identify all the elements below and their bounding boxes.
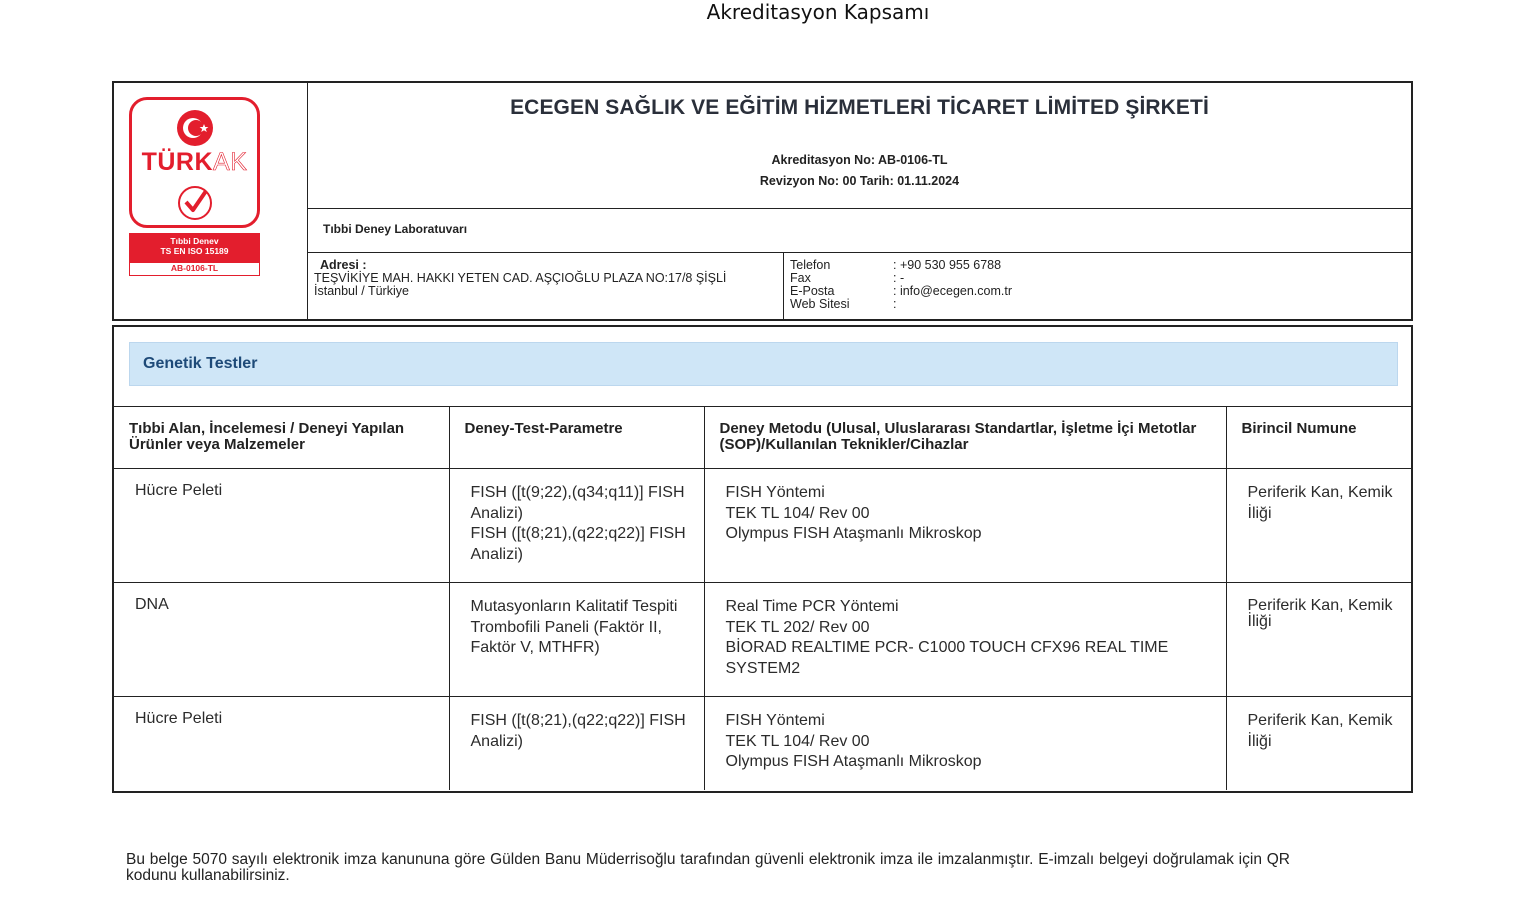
method-line: FISH Yöntemi: [726, 483, 1214, 504]
lab-cell: Tıbbi Deney Laboratuvarı: [308, 209, 1411, 253]
cell-material: Hücre Peleti: [114, 469, 449, 583]
contact-value: : -: [893, 271, 904, 285]
accreditation-number: Akreditasyon No: AB-0106-TL: [308, 153, 1411, 167]
logo-brand-accent: AK: [213, 148, 247, 176]
method-line: TEK TL 104/ Rev 00: [726, 732, 1214, 753]
company-name: ECEGEN SAĞLIK VE EĞİTİM HİZMETLERİ TİCAR…: [308, 96, 1411, 120]
page-title: Akreditasyon Kapsamı: [0, 0, 1521, 24]
e-signature-notice: Bu belge 5070 sayılı elektronik imza kan…: [126, 852, 1290, 884]
cell-parameters: Mutasyonların Kalitatif Tespiti Trombofi…: [449, 583, 704, 697]
title-cell: ECEGEN SAĞLIK VE EĞİTİM HİZMETLERİ TİCAR…: [308, 83, 1411, 209]
address-label: Adresi :: [320, 258, 367, 272]
parameter-line: FISH ([t(8;21),(q22;q22)] FISH Analizi): [471, 524, 692, 565]
logo-accreditation-code: AB-0106-TL: [129, 262, 260, 276]
parameter-line: FISH ([t(8;21),(q22;q22)] FISH Analizi): [471, 711, 692, 752]
scope-table: Tıbbi Alan, İncelemesi / Deneyi Yapılan …: [114, 406, 1411, 790]
crescent-star-icon: [175, 108, 215, 148]
logo-cell: TÜRKAK Tıbbi Denev TS EN ISO 15189 AB-01…: [114, 83, 308, 319]
cell-parameters: FISH ([t(9;22),(q34;q11)] FISH Analizi) …: [449, 469, 704, 583]
contact-cell: Telefon: +90 530 955 6788 Fax: - E-Posta…: [784, 253, 1411, 319]
logo-band-line2: TS EN ISO 15189: [129, 246, 260, 256]
table-row: DNA Mutasyonların Kalitatif Tespiti Trom…: [114, 583, 1411, 697]
cell-parameters: FISH ([t(8;21),(q22;q22)] FISH Analizi): [449, 697, 704, 790]
section-title: Genetik Testler: [143, 355, 257, 373]
cell-sample: Periferik Kan, Kemik İliği: [1226, 583, 1411, 697]
contact-website: Web Sitesi:: [790, 298, 896, 311]
scope-box: Genetik Testler Tıbbi Alan, İncelemesi /…: [112, 325, 1413, 793]
logo-brand-main: TÜRK: [142, 148, 213, 176]
cell-material: DNA: [114, 583, 449, 697]
accreditation-header: TÜRKAK Tıbbi Denev TS EN ISO 15189 AB-01…: [112, 81, 1413, 321]
method-line: TEK TL 104/ Rev 00: [726, 504, 1214, 525]
table-row: Hücre Peleti FISH ([t(8;21),(q22;q22)] F…: [114, 697, 1411, 790]
cell-methods: FISH Yöntemi TEK TL 104/ Rev 00 Olympus …: [704, 469, 1226, 583]
cell-material: Hücre Peleti: [114, 697, 449, 790]
address-cell: Adresi : TEŞVİKİYE MAH. HAKKI YETEN CAD.…: [308, 253, 784, 319]
table-row: Hücre Peleti FISH ([t(9;22),(q34;q11)] F…: [114, 469, 1411, 583]
contact-value: :: [893, 297, 896, 311]
column-header-method: Deney Metodu (Ulusal, Uluslararası Stand…: [704, 407, 1226, 469]
cell-sample: Periferik Kan, Kemik İliği: [1226, 697, 1411, 790]
column-header-sample: Birincil Numune: [1226, 407, 1411, 469]
method-line: FISH Yöntemi: [726, 711, 1214, 732]
cell-methods: FISH Yöntemi TEK TL 104/ Rev 00 Olympus …: [704, 697, 1226, 790]
method-line: Real Time PCR Yöntemi: [726, 597, 1214, 618]
lab-name: Tıbbi Deney Laboratuvarı: [323, 222, 467, 236]
checkmark-icon: [175, 182, 215, 222]
parameter-line: Mutasyonların Kalitatif Tespiti: [471, 597, 692, 618]
method-line: TEK TL 202/ Rev 00: [726, 618, 1214, 639]
cell-sample: Periferik Kan, Kemik İliği: [1226, 469, 1411, 583]
logo-band-line1: Tıbbi Denev: [129, 236, 260, 246]
turkak-logo: TÜRKAK: [129, 97, 260, 228]
contact-value: : +90 530 955 6788: [893, 258, 1001, 272]
parameter-line: Trombofili Paneli (Faktör II, Faktör V, …: [471, 618, 692, 659]
column-header-material: Tıbbi Alan, İncelemesi / Deneyi Yapılan …: [114, 407, 449, 469]
email-link[interactable]: : info@ecegen.com.tr: [893, 284, 1012, 298]
address-line: İstanbul / Türkiye: [314, 285, 409, 298]
column-header-parameter: Deney-Test-Parametre: [449, 407, 704, 469]
table-header-row: Tıbbi Alan, İncelemesi / Deneyi Yapılan …: [114, 407, 1411, 469]
revision-info: Revizyon No: 00 Tarih: 01.11.2024: [308, 174, 1411, 188]
logo-brand: TÜRKAK: [132, 148, 257, 177]
parameter-line: FISH ([t(9;22),(q34;q11)] FISH Analizi): [471, 483, 692, 524]
cell-methods: Real Time PCR Yöntemi TEK TL 202/ Rev 00…: [704, 583, 1226, 697]
method-line: Olympus FISH Ataşmanlı Mikroskop: [726, 524, 1214, 545]
method-line: Olympus FISH Ataşmanlı Mikroskop: [726, 752, 1214, 773]
method-line: BİORAD REALTIME PCR- C1000 TOUCH CFX96 R…: [726, 638, 1214, 679]
section-header: Genetik Testler: [129, 342, 1398, 386]
contact-key: Web Sitesi: [790, 298, 893, 311]
logo-standard-band: Tıbbi Denev TS EN ISO 15189: [129, 233, 260, 262]
